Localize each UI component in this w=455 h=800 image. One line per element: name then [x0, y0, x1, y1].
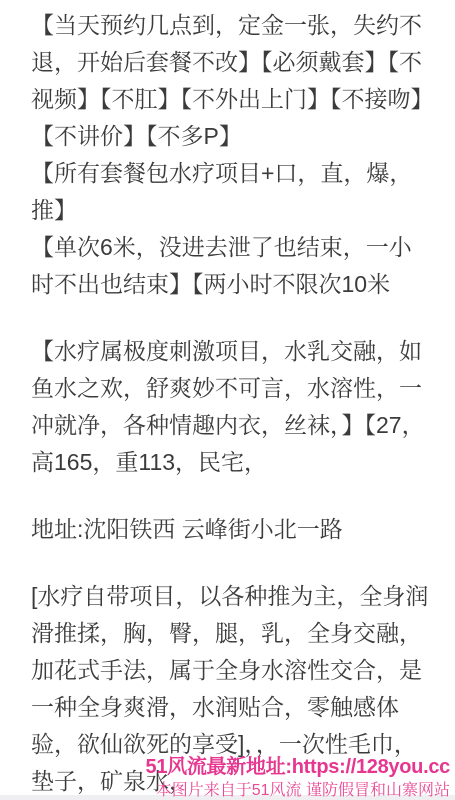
service-description-paragraph: 【水疗属极度刺激项目，水乳交融，如鱼水之欢，舒爽妙不可言，水溶性，一冲就净，各种…	[31, 333, 429, 481]
page: 【当天预约几点到，定金一张，失约不退，开始后套餐不改】【必须戴套】【不视频】【不…	[0, 0, 455, 800]
ad-text-body: 【当天预约几点到，定金一张，失约不退，开始后套餐不改】【必须戴套】【不视频】【不…	[0, 0, 455, 800]
watermark-disclaimer: 本图片来自于51风流 谨防假冒和山寨网站	[146, 781, 451, 800]
address-line: 地址:沈阳铁西 云峰街小北一路	[31, 511, 429, 548]
watermark-site-url: 51风流最新地址:https://128you.cc	[146, 754, 451, 781]
pricing-paragraph: 【单次6米，没进去泄了也结束，一小时不出也结束】【两小时不限次10米	[31, 229, 429, 303]
watermark: 51风流最新地址:https://128you.cc 本图片来自于51风流 谨防…	[146, 754, 451, 800]
package-paragraph: 【所有套餐包水疗项目+口，直，爆，推】	[31, 155, 429, 229]
rules-paragraph: 【当天预约几点到，定金一张，失约不退，开始后套餐不改】【必须戴套】【不视频】【不…	[31, 7, 429, 155]
